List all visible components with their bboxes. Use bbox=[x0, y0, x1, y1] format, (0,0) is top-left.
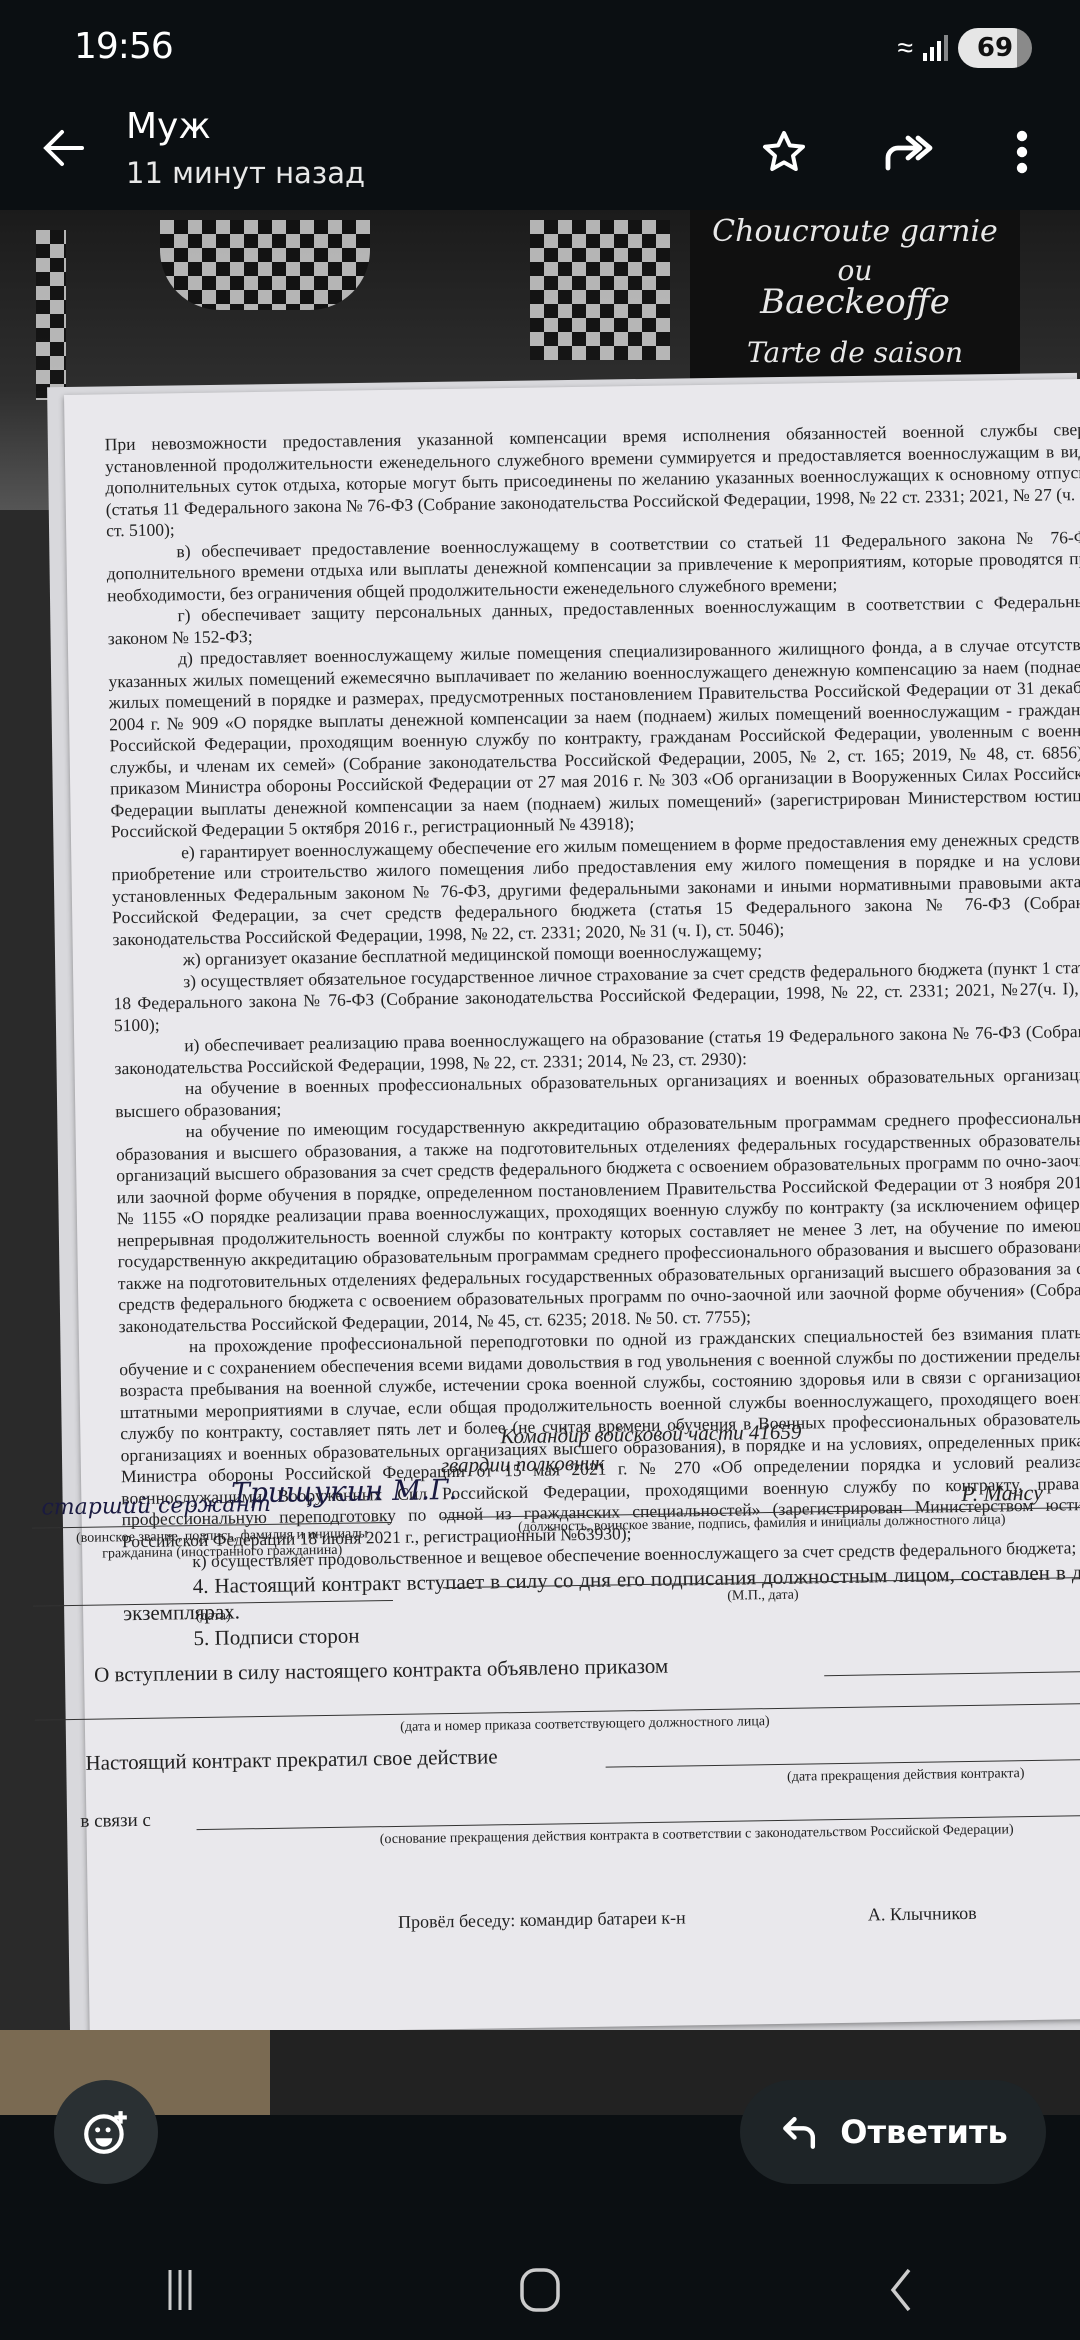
reply-label: Ответить bbox=[840, 2113, 1007, 2151]
more-vert-icon bbox=[1012, 128, 1032, 176]
terminated-label: Настоящий контракт прекратил свое действ… bbox=[85, 1744, 498, 1775]
add-reaction-icon bbox=[81, 2107, 131, 2157]
left-date-caption: (дата) bbox=[33, 1606, 393, 1628]
wifi-icon: ≈ bbox=[898, 32, 913, 64]
commander-name: Р. Мансу bbox=[961, 1480, 1043, 1507]
navigation-bar bbox=[0, 2240, 1080, 2340]
commander-rank: гвардии полковник bbox=[441, 1451, 605, 1479]
sent-time: 11 минут назад bbox=[126, 156, 365, 190]
forward-icon bbox=[882, 128, 938, 176]
chalkboard-line: Tarte de saison bbox=[690, 336, 1020, 369]
doc-paragraph: При невозможности предоставления указанн… bbox=[105, 419, 1080, 542]
document-page: При невозможности предоставления указанн… bbox=[64, 379, 1080, 2035]
sender-name: Муж bbox=[126, 106, 211, 147]
back-button[interactable] bbox=[36, 120, 92, 176]
chair-pattern bbox=[160, 220, 370, 310]
left-caption: (воинское звание, подпись, фамилия и ини… bbox=[42, 1526, 402, 1564]
chair-pattern bbox=[36, 230, 66, 400]
terminated-caption: (дата прекращения действия контракта) bbox=[726, 1765, 1080, 1787]
reply-icon bbox=[778, 2110, 822, 2154]
status-icons: ≈ 69 bbox=[898, 28, 1032, 68]
message-photo[interactable]: Choucroute garnie ou Baeckeoffe Tarte de… bbox=[0, 210, 1080, 2130]
recent-apps-button[interactable] bbox=[140, 2260, 220, 2320]
entry-caption: (дата и номер приказа соответствующего д… bbox=[285, 1712, 885, 1737]
conversation-label: Провёл беседу: командир батареи к-н bbox=[398, 1907, 686, 1933]
entry-line bbox=[824, 1671, 1080, 1676]
chalkboard: Choucroute garnie ou Baeckeoffe Tarte de… bbox=[690, 210, 1020, 390]
add-reaction-button[interactable] bbox=[54, 2080, 158, 2184]
signal-icon bbox=[923, 35, 948, 61]
reason-label: в связи с bbox=[80, 1810, 151, 1833]
home-icon bbox=[518, 2266, 562, 2314]
home-button[interactable] bbox=[500, 2260, 580, 2320]
back-icon bbox=[885, 2266, 915, 2314]
commander-title: Командир войсковой части 41659 bbox=[500, 1420, 801, 1450]
star-icon bbox=[760, 128, 808, 176]
system-back-button[interactable] bbox=[860, 2260, 940, 2320]
battery-indicator: 69 bbox=[958, 28, 1032, 68]
recent-apps-icon bbox=[160, 2268, 200, 2312]
conversation-name: А. Клычников bbox=[868, 1903, 977, 1926]
status-bar: 19:56 ≈ 69 bbox=[0, 0, 1080, 100]
chair-pattern bbox=[530, 220, 670, 360]
signature-section: старший сержант Трищукин М.Г. (воинское … bbox=[81, 1449, 1080, 1965]
chalkboard-line: Choucroute garnie bbox=[690, 214, 1020, 249]
status-time: 19:56 bbox=[74, 26, 173, 67]
doc-paragraph: на обучение по имеющим государственную а… bbox=[115, 1107, 1080, 1338]
entry-into-force-label: О вступлении в силу настоящего контракта… bbox=[94, 1654, 668, 1688]
doc-paragraph: е) гарантирует военнослужащему обеспечен… bbox=[111, 827, 1080, 950]
doc-paragraph: д) предоставляет военнослужащему жилые п… bbox=[108, 634, 1080, 843]
favorite-button[interactable] bbox=[754, 122, 814, 182]
more-options-button[interactable] bbox=[992, 122, 1052, 182]
date-line bbox=[33, 1600, 393, 1607]
handwritten-signature: Трищукин М.Г. bbox=[231, 1473, 458, 1510]
back-arrow-icon bbox=[36, 120, 92, 176]
reply-button[interactable]: Ответить bbox=[740, 2080, 1046, 2184]
right-date-caption: (М.П., дата) bbox=[463, 1583, 1063, 1608]
battery-level: 69 bbox=[977, 33, 1013, 63]
app-bar: Муж 11 минут назад bbox=[0, 100, 1080, 210]
forward-button[interactable] bbox=[880, 122, 940, 182]
chalkboard-line: Baeckeoffe bbox=[690, 282, 1020, 322]
